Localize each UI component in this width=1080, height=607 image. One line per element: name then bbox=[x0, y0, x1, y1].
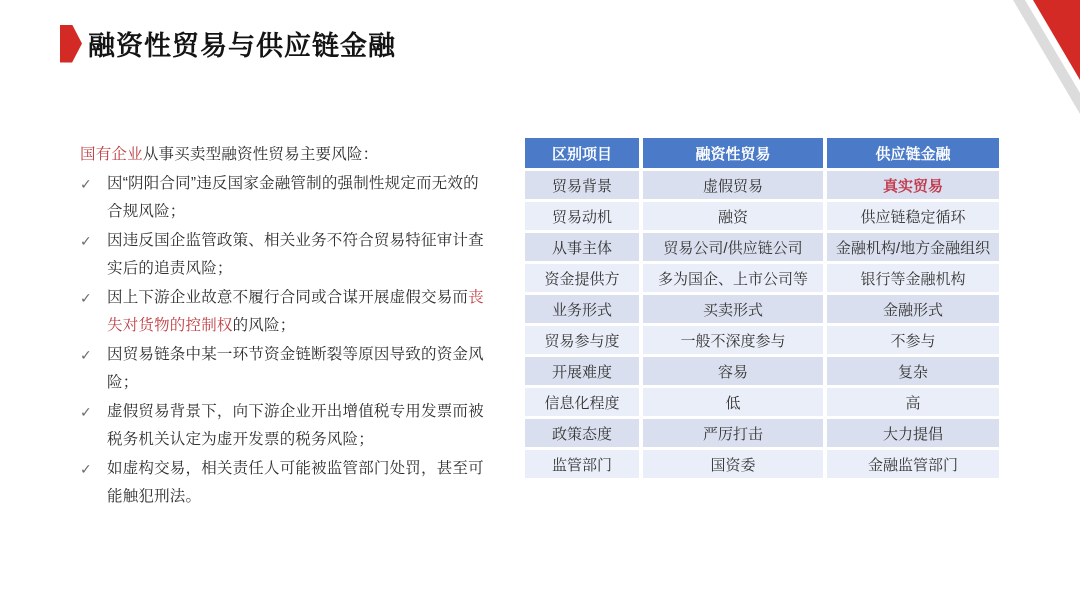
row-label: 资金提供方 bbox=[525, 264, 639, 292]
cell-supply-chain-finance: 银行等金融机构 bbox=[827, 264, 999, 292]
list-item: ✓ 虚假贸易背景下，向下游企业开出增值税专用发票而被税务机关认定为虚开发票的税务… bbox=[80, 398, 492, 455]
cell-supply-chain-finance: 大力提倡 bbox=[827, 419, 999, 447]
cell-financing-trade: 严厉打击 bbox=[643, 419, 823, 447]
list-item: ✓ 因上下游企业故意不履行合同或合谋开展虚假交易而丧失对货物的控制权的风险； bbox=[80, 284, 492, 341]
cell-supply-chain-finance: 金融形式 bbox=[827, 295, 999, 323]
header-distinction-item: 区别项目 bbox=[525, 138, 639, 168]
bullet-text: 因贸易链条中某一环节资金链断裂等原因导致的资金风险； bbox=[107, 341, 492, 398]
table-row: 资金提供方 多为国企、上市公司等 银行等金融机构 bbox=[525, 264, 999, 292]
checkmark-icon: ✓ bbox=[80, 398, 107, 455]
cell-supply-chain-finance: 复杂 bbox=[827, 357, 999, 385]
cell-supply-chain-finance: 金融监管部门 bbox=[827, 450, 999, 478]
list-item: ✓ 如虚构交易，相关责任人可能被监管部门处罚，甚至可能触犯刑法。 bbox=[80, 455, 492, 512]
table-row: 监管部门 国资委 金融监管部门 bbox=[525, 450, 999, 478]
cell-financing-trade: 容易 bbox=[643, 357, 823, 385]
cell-financing-trade: 融资 bbox=[643, 202, 823, 230]
row-label: 贸易背景 bbox=[525, 171, 639, 199]
row-label: 监管部门 bbox=[525, 450, 639, 478]
row-label: 信息化程度 bbox=[525, 388, 639, 416]
page-title: 融资性贸易与供应链金融 bbox=[88, 24, 396, 63]
row-label: 贸易参与度 bbox=[525, 326, 639, 354]
cell-financing-trade: 买卖形式 bbox=[643, 295, 823, 323]
bullet-text: 因上下游企业故意不履行合同或合谋开展虚假交易而丧失对货物的控制权的风险； bbox=[107, 284, 492, 341]
table-row: 贸易参与度 一般不深度参与 不参与 bbox=[525, 326, 999, 354]
cell-supply-chain-finance: 不参与 bbox=[827, 326, 999, 354]
cell-financing-trade: 一般不深度参与 bbox=[643, 326, 823, 354]
risk-text-panel: 国有企业从事买卖型融资性贸易主要风险： ✓ 因“阴阳合同”违反国家金融管制的强制… bbox=[80, 141, 492, 512]
cell-financing-trade: 国资委 bbox=[643, 450, 823, 478]
cell-supply-chain-finance: 供应链稳定循环 bbox=[827, 202, 999, 230]
header-financing-trade: 融资性贸易 bbox=[643, 138, 823, 168]
row-label: 开展难度 bbox=[525, 357, 639, 385]
bullet-text: 虚假贸易背景下，向下游企业开出增值税专用发票而被税务机关认定为虚开发票的税务风险… bbox=[107, 398, 492, 455]
header-supply-chain-finance: 供应链金融 bbox=[827, 138, 999, 168]
checkmark-icon: ✓ bbox=[80, 227, 107, 284]
table-header-row: 区别项目 融资性贸易 供应链金融 bbox=[525, 138, 999, 168]
checkmark-icon: ✓ bbox=[80, 284, 107, 341]
title-arrow-icon bbox=[60, 25, 82, 63]
table-row: 信息化程度 低 高 bbox=[525, 388, 999, 416]
intro-rest: 从事买卖型融资性贸易主要风险： bbox=[143, 146, 379, 163]
list-item: ✓ 因违反国企监管政策、相关业务不符合贸易特征审计查实后的追责风险； bbox=[80, 227, 492, 284]
table-row: 政策态度 严厉打击 大力提倡 bbox=[525, 419, 999, 447]
cell-supply-chain-finance: 真实贸易 bbox=[827, 171, 999, 199]
comparison-table: 区别项目 融资性贸易 供应链金融 贸易背景 虚假贸易 真实贸易 贸易动机 融资 … bbox=[521, 135, 1003, 481]
row-label: 从事主体 bbox=[525, 233, 639, 261]
corner-ribbon-decoration bbox=[930, 0, 1080, 150]
bullet-text: 如虚构交易，相关责任人可能被监管部门处罚，甚至可能触犯刑法。 bbox=[107, 455, 492, 512]
table-row: 贸易背景 虚假贸易 真实贸易 bbox=[525, 171, 999, 199]
checkmark-icon: ✓ bbox=[80, 455, 107, 512]
bullet-text: 因“阴阳合同”违反国家金融管制的强制性规定而无效的合规风险； bbox=[107, 170, 492, 227]
bullet-text: 因违反国企监管政策、相关业务不符合贸易特征审计查实后的追责风险； bbox=[107, 227, 492, 284]
table-row: 从事主体 贸易公司/供应链公司 金融机构/地方金融组织 bbox=[525, 233, 999, 261]
cell-financing-trade: 低 bbox=[643, 388, 823, 416]
list-item: ✓ 因贸易链条中某一环节资金链断裂等原因导致的资金风险； bbox=[80, 341, 492, 398]
row-label: 贸易动机 bbox=[525, 202, 639, 230]
cell-supply-chain-finance: 金融机构/地方金融组织 bbox=[827, 233, 999, 261]
table-row: 业务形式 买卖形式 金融形式 bbox=[525, 295, 999, 323]
cell-financing-trade: 虚假贸易 bbox=[643, 171, 823, 199]
cell-financing-trade: 贸易公司/供应链公司 bbox=[643, 233, 823, 261]
table-row: 开展难度 容易 复杂 bbox=[525, 357, 999, 385]
list-item: ✓ 因“阴阳合同”违反国家金融管制的强制性规定而无效的合规风险； bbox=[80, 170, 492, 227]
cell-supply-chain-finance: 高 bbox=[827, 388, 999, 416]
table-row: 贸易动机 融资 供应链稳定循环 bbox=[525, 202, 999, 230]
intro-highlight: 国有企业 bbox=[80, 146, 143, 163]
intro-line: 国有企业从事买卖型融资性贸易主要风险： bbox=[80, 141, 492, 170]
title-row: 融资性贸易与供应链金融 bbox=[60, 24, 396, 63]
row-label: 业务形式 bbox=[525, 295, 639, 323]
highlight-real-trade: 真实贸易 bbox=[883, 178, 943, 195]
cell-financing-trade: 多为国企、上市公司等 bbox=[643, 264, 823, 292]
checkmark-icon: ✓ bbox=[80, 341, 107, 398]
row-label: 政策态度 bbox=[525, 419, 639, 447]
checkmark-icon: ✓ bbox=[80, 170, 107, 227]
